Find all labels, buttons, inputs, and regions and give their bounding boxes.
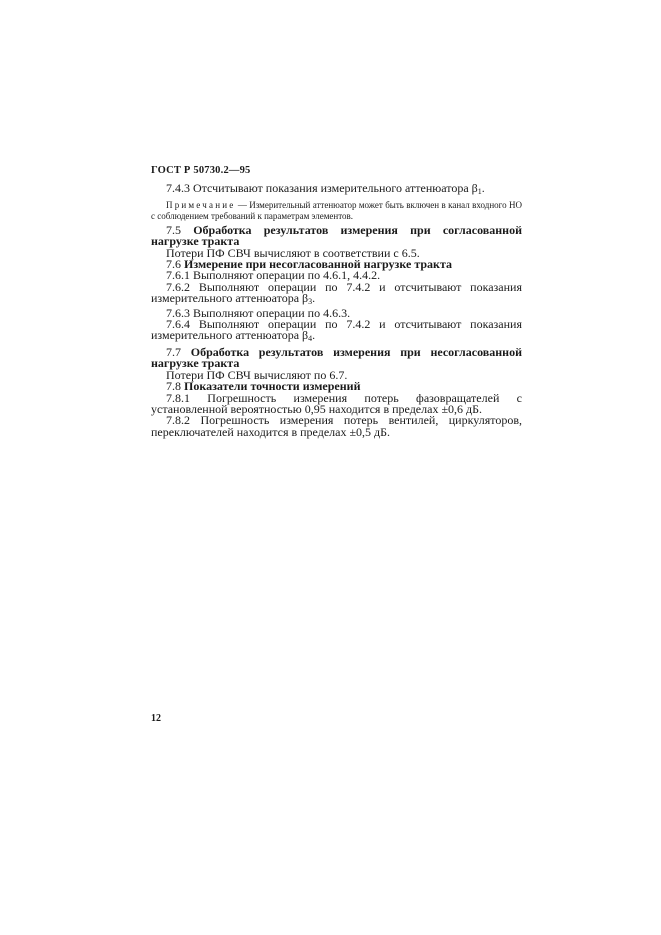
period: . — [312, 291, 315, 305]
paragraph-text: 7.4.3 Отсчитывают показания измерительно… — [166, 181, 478, 195]
paragraph-text: 7.6.4 Выполняют операции по 7.4.2 и отсч… — [151, 317, 522, 342]
note: Примечание — Измерительный аттенюатор мо… — [151, 200, 522, 220]
section-title: Обработка результатов измерения при согл… — [151, 223, 522, 248]
paragraph-7-6-2: 7.6.2 Выполняют операции по 7.4.2 и отсч… — [151, 282, 522, 308]
section-title: Обработка результатов измерения при несо… — [151, 345, 522, 370]
paragraph-7-8-1: 7.8.1 Погрешность измерения потерь фазов… — [151, 393, 522, 416]
paragraph-7-8-2: 7.8.2 Погрешность измерения потерь венти… — [151, 415, 522, 438]
paragraph-text: 7.6.2 Выполняют операции по 7.4.2 и отсч… — [151, 280, 522, 305]
page-number: 12 — [151, 713, 161, 724]
document-code-header: ГОСТ Р 50730.2—95 — [151, 165, 251, 176]
paragraph-7-6-4: 7.6.4 Выполняют операции по 7.4.2 и отсч… — [151, 319, 522, 345]
document-body: 7.4.3 Отсчитывают показания измерительно… — [151, 183, 522, 438]
period: . — [312, 328, 315, 342]
note-label: Примечание — [166, 200, 235, 210]
section-heading-7-7: 7.7 Обработка результатов измерения при … — [151, 347, 522, 370]
document-page: ГОСТ Р 50730.2—95 7.4.3 Отсчитывают пока… — [0, 0, 661, 935]
section-heading-7-5: 7.5 Обработка результатов измерения при … — [151, 225, 522, 248]
period: . — [482, 181, 485, 195]
paragraph-7-4-3: 7.4.3 Отсчитывают показания измерительно… — [151, 183, 522, 197]
